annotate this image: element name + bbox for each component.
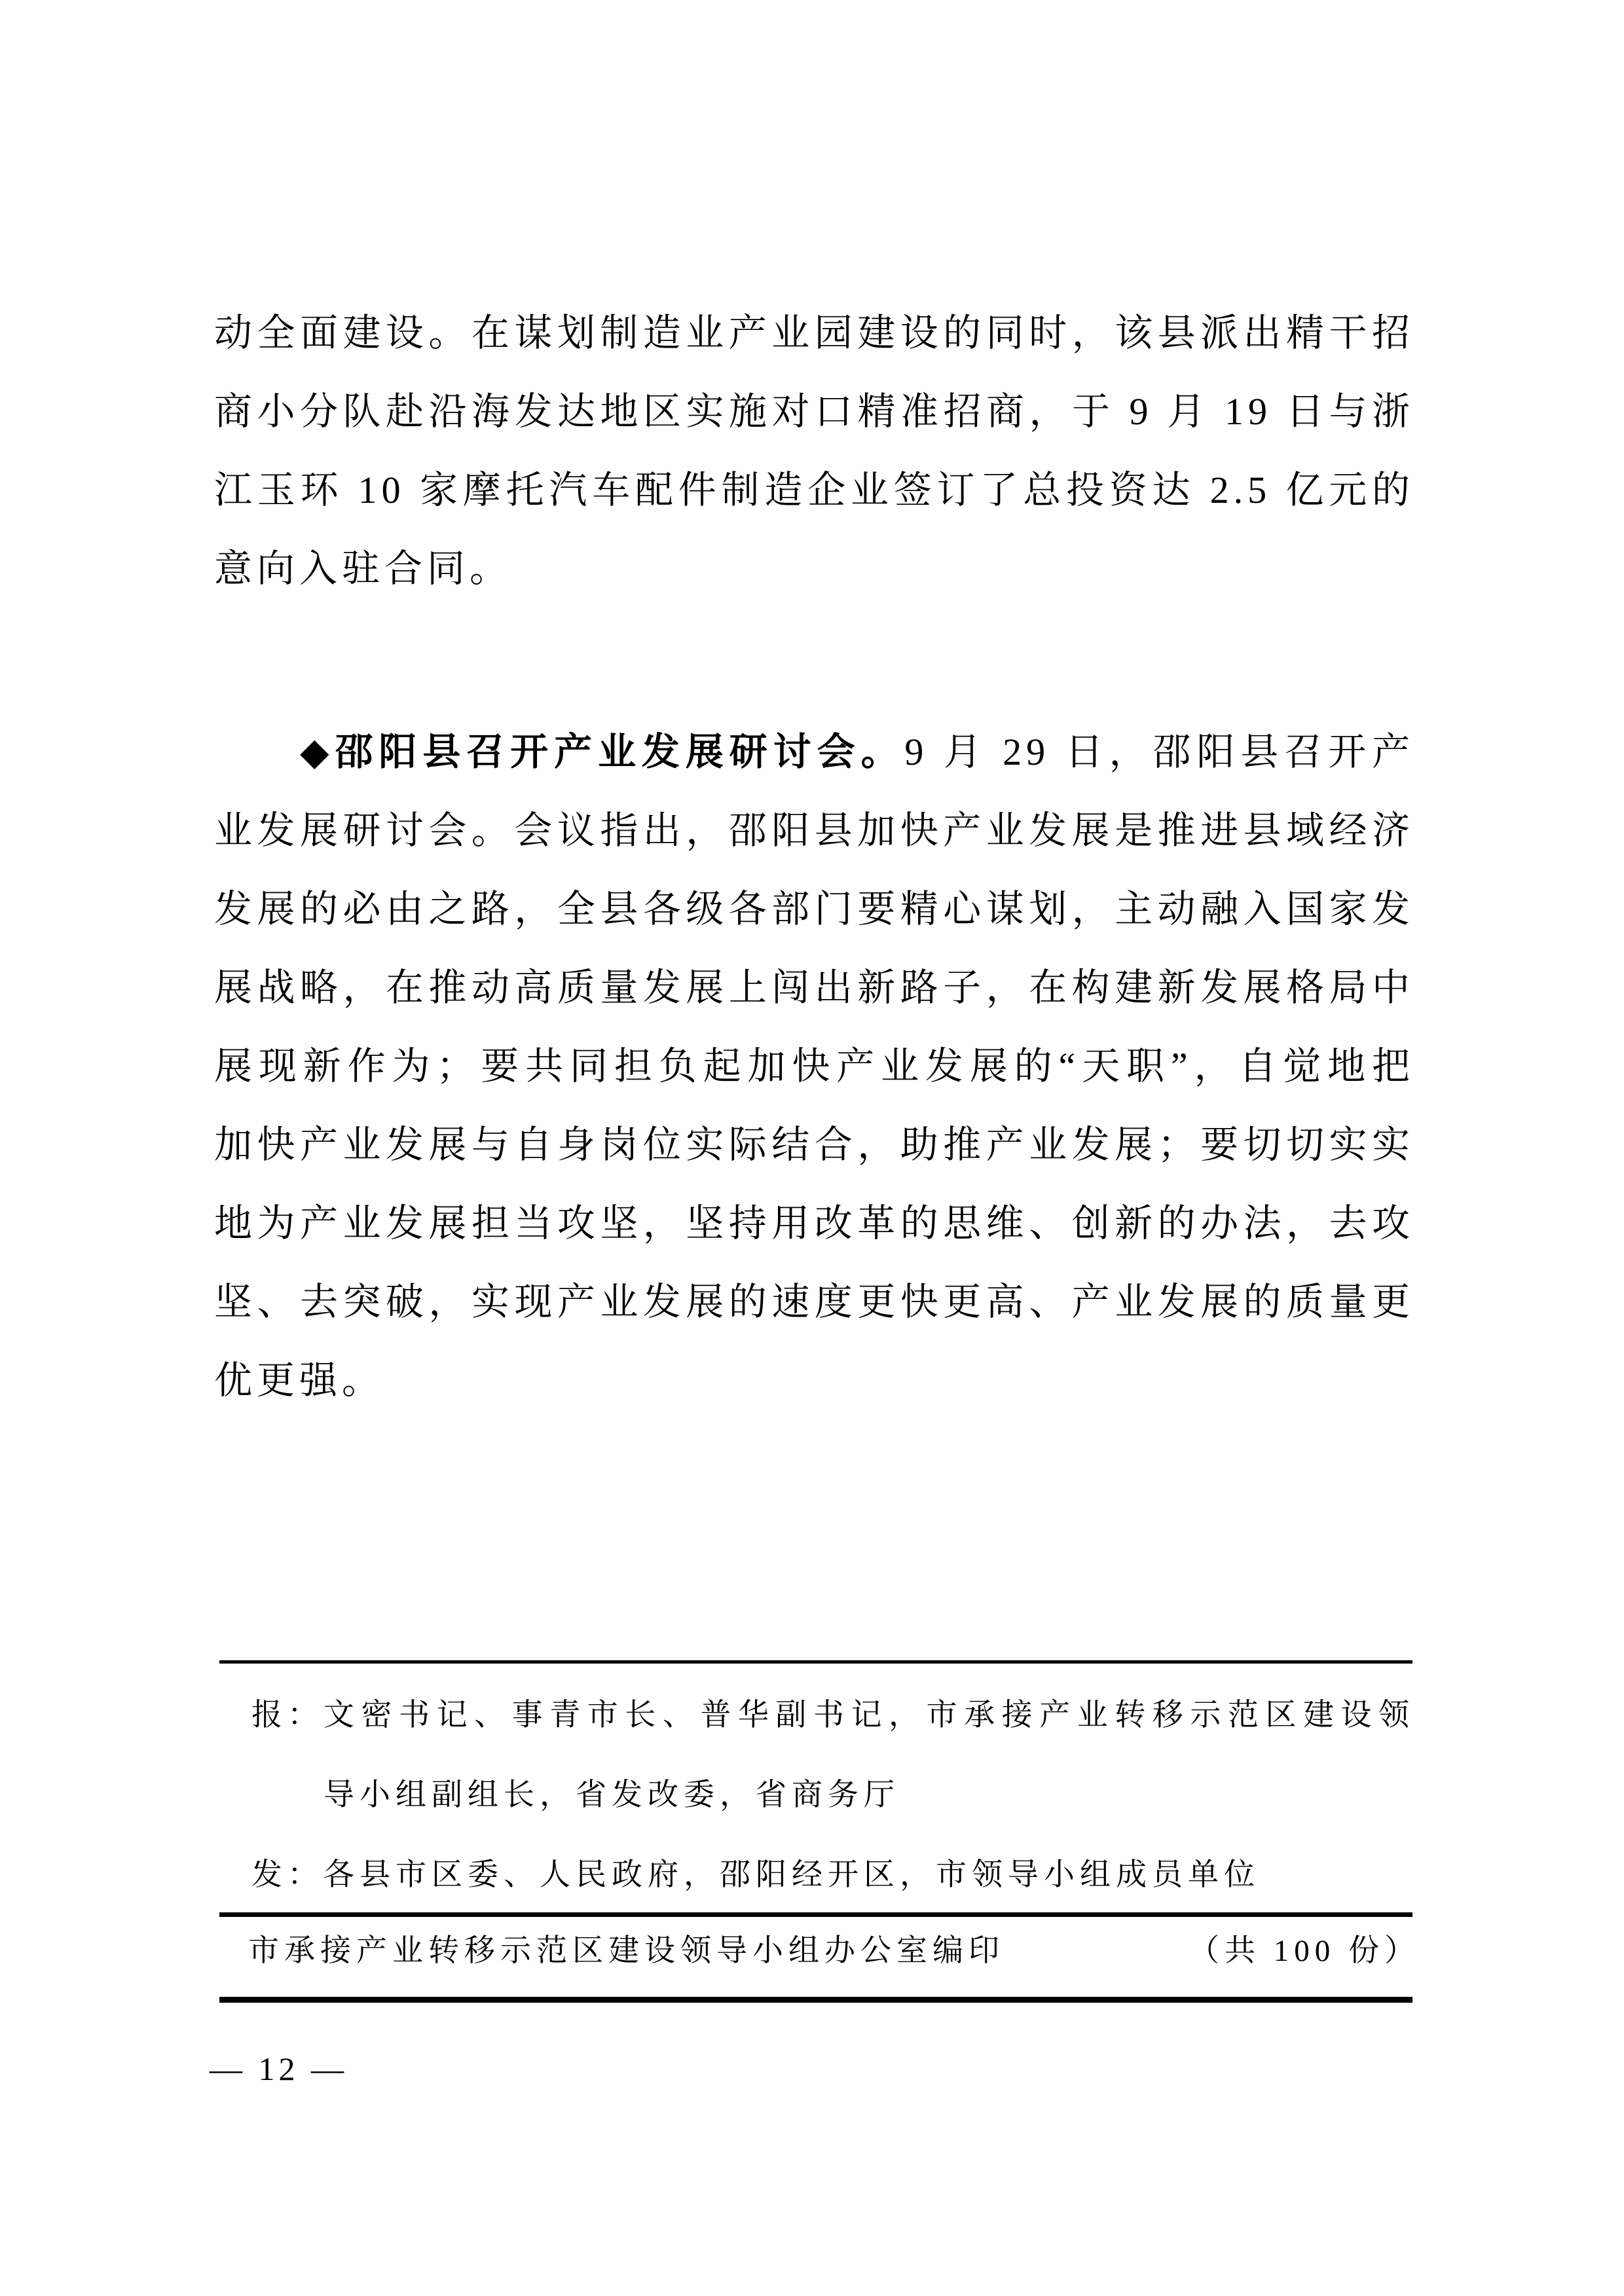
body-line: 江玉环 10 家摩托汽车配件制造企业签订了总投资达 2.5 亿元的 bbox=[214, 451, 1414, 530]
publisher-row: 市承接产业转移示范区建设领导小组办公室编印 （共 100 份） bbox=[248, 1918, 1420, 1984]
body-line: 展战略，在推动高质量发展上闯出新路子，在构建新发展格局中 bbox=[214, 949, 1414, 1027]
distribute-to-row: 发： 各县市区委、人民政府，邵阳经开区，市领导小组成员单位 bbox=[251, 1835, 1414, 1915]
body-line: 业发展研讨会。会议指出，邵阳县加快产业发展是推进县域经济 bbox=[214, 792, 1414, 870]
body-line: 展现新作为；要共同担负起加快产业发展的“天职”，自觉地把 bbox=[214, 1027, 1414, 1106]
colophon-top-rule bbox=[219, 1660, 1412, 1664]
report-to-row: 报： 文密书记、事青市长、普华副书记，市承接产业转移示范区建设领 bbox=[251, 1675, 1414, 1755]
publisher-text: 市承接产业转移示范区建设领导小组办公室编印 bbox=[248, 1918, 1005, 1984]
paragraph-section: ◆邵阳县召开产业发展研讨会。9 月 29 日，邵阳县召开产 业发展研讨会。会议指… bbox=[214, 713, 1414, 1420]
body-line: 发展的必由之路，全县各级各部门要精心谋划，主动融入国家发 bbox=[214, 870, 1414, 949]
body-line: 意向入驻合同。 bbox=[214, 530, 1414, 608]
section-heading-rest: 9 月 29 日，邵阳县召开产 bbox=[904, 731, 1414, 773]
report-to-text: 文密书记、事青市长、普华副书记，市承接产业转移示范区建设领 bbox=[323, 1675, 1414, 1755]
page-number: — 12 — bbox=[210, 2036, 348, 2102]
body-line: 优更强。 bbox=[214, 1341, 1414, 1420]
distribute-to-label: 发： bbox=[251, 1835, 323, 1915]
body-line: 地为产业发展担当攻坚，坚持用改革的思维、创新的办法，去攻 bbox=[214, 1184, 1414, 1263]
colophon-block: 报： 文密书记、事青市长、普华副书记，市承接产业转移示范区建设领 导小组副组长，… bbox=[251, 1675, 1414, 1915]
report-to-continuation: 导小组副组长，省发改委，省商务厅 bbox=[251, 1755, 1414, 1835]
copies-count: （共 100 份） bbox=[1189, 1918, 1420, 1984]
section-heading: ◆邵阳县召开产业发展研讨会。 bbox=[300, 731, 904, 773]
distribute-to-text: 各县市区委、人民政府，邵阳经开区，市领导小组成员单位 bbox=[323, 1835, 1414, 1915]
body-line: 动全面建设。在谋划制造业产业园建设的同时，该县派出精干招 bbox=[214, 294, 1414, 373]
colophon-bottom-rule bbox=[219, 1997, 1412, 2003]
document-page: 动全面建设。在谋划制造业产业园建设的同时，该县派出精干招 商小分队赴沿海发达地区… bbox=[0, 0, 1624, 2296]
report-to-label: 报： bbox=[251, 1675, 323, 1755]
document-body: 动全面建设。在谋划制造业产业园建设的同时，该县派出精干招 商小分队赴沿海发达地区… bbox=[214, 294, 1414, 1420]
body-line: 商小分队赴沿海发达地区实施对口精准招商，于 9 月 19 日与浙 bbox=[214, 373, 1414, 451]
body-line: ◆邵阳县召开产业发展研讨会。9 月 29 日，邵阳县召开产 bbox=[214, 713, 1414, 792]
paragraph-continuation: 动全面建设。在谋划制造业产业园建设的同时，该县派出精干招 商小分队赴沿海发达地区… bbox=[214, 294, 1414, 608]
body-line: 加快产业发展与自身岗位实际结合，助推产业发展；要切切实实 bbox=[214, 1106, 1414, 1184]
body-line: 坚、去突破，实现产业发展的速度更快更高、产业发展的质量更 bbox=[214, 1263, 1414, 1341]
